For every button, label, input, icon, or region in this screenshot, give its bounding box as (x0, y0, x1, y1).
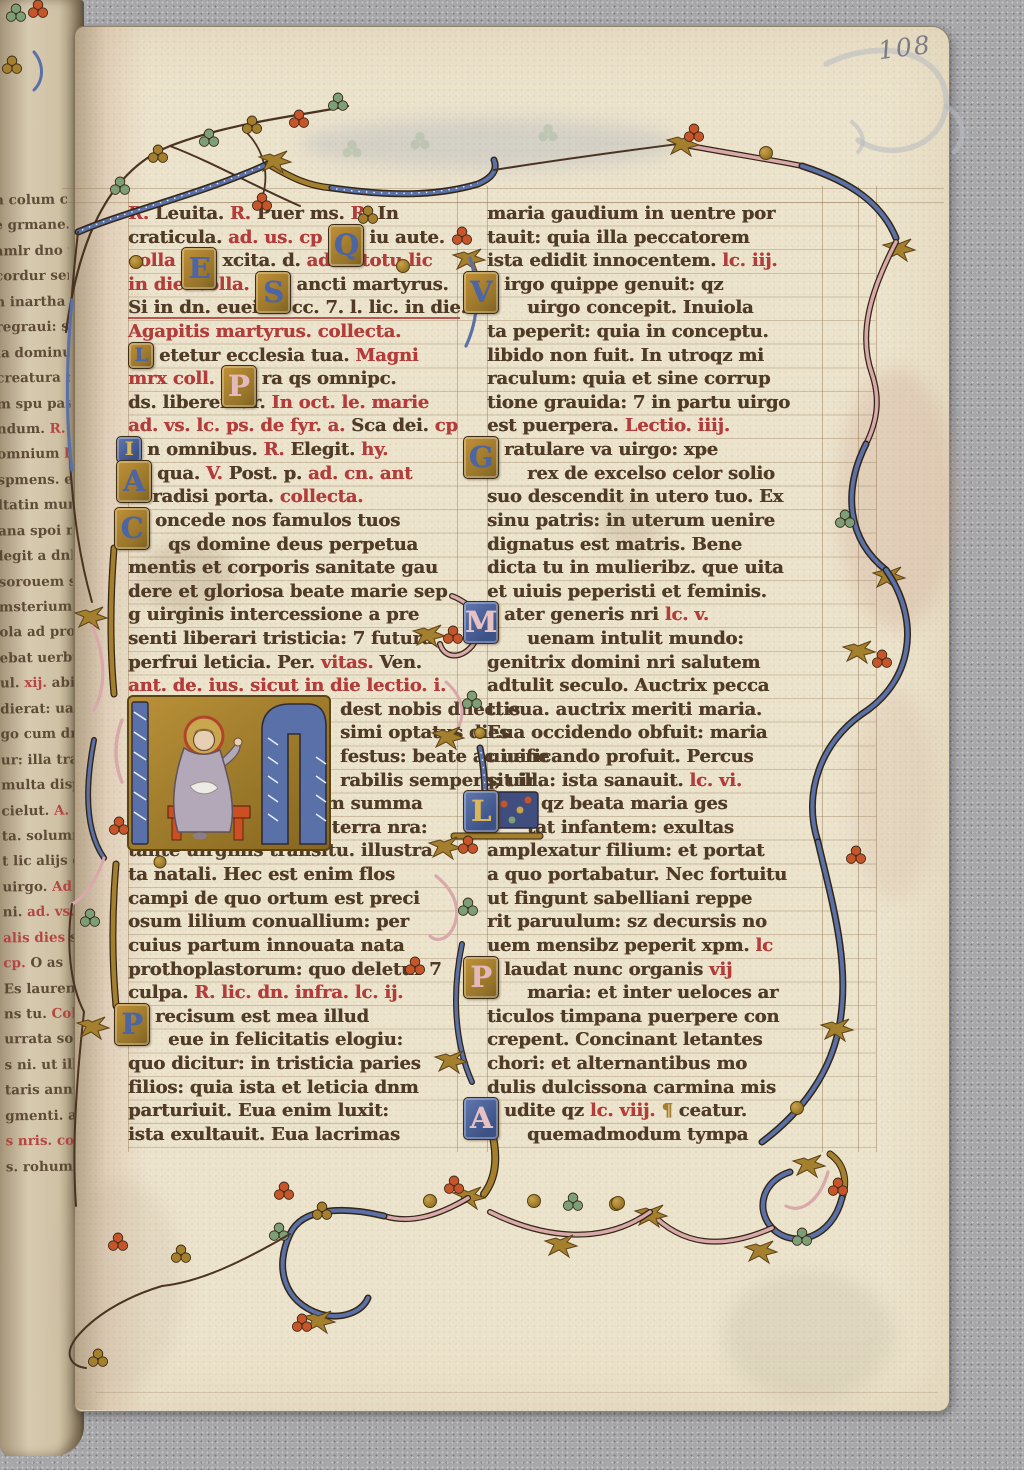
text-line: Agapitis martyrus. collecta. (128, 321, 460, 345)
text-line: s nris. colla (5, 1133, 79, 1159)
rubric-text: Ad la (52, 878, 77, 894)
body-text: e grmane. Au (0, 217, 69, 234)
body-text: ista exultauit. Eua lacrimas (128, 1124, 400, 1145)
rubric-text: Lectio. iiij. (625, 415, 730, 436)
text-line: g uirginis intercessione a pre (128, 604, 460, 628)
manuscript-photo: n colum carnee grmane. Auamlr dno uncord… (0, 0, 1024, 1470)
body-text: eta qz beata maria ges (504, 793, 727, 814)
text-line: parturiuit. Eua enim luxit: (128, 1100, 460, 1124)
body-text: urrata soll (4, 1031, 78, 1048)
text-line: tauit: quia illa peccatorem (487, 227, 825, 251)
body-text: ticulos timpana puerpere con (487, 1006, 779, 1027)
body-text: prothoplastorum: quo deletur 7 (128, 959, 442, 980)
body-text: qs domine deus perpetua (168, 534, 418, 555)
body-text: uiuificando profuit. Percus (487, 746, 753, 767)
text-line: Precisum est mea illud (128, 1006, 460, 1030)
body-text: t lic alijs dr (2, 853, 76, 870)
rubric-text: V. (206, 463, 229, 484)
rubric-text: Agapitis martyrus. collecta. (128, 321, 401, 342)
body-text: ancti martyrus. (296, 274, 448, 295)
text-line: maria: et inter ueloces ar (487, 982, 825, 1006)
text-line: quemadmodum tympa (487, 1124, 825, 1148)
body-text: Sca dei. (351, 415, 435, 436)
rubric-text: s nris. colla (5, 1133, 79, 1150)
text-line: ta natali. Hec est enim flos (128, 864, 460, 888)
body-text: ns tu. (4, 1006, 52, 1023)
text-line: Letetur ecclesia tua. Magni (128, 345, 460, 369)
illuminated-initial-Q: Q (328, 224, 364, 267)
historiated-initial-A (112, 690, 344, 862)
text-line: s ni. ut illus (5, 1056, 79, 1082)
body-text: recisum est mea illud (155, 1006, 369, 1027)
text-line: prothoplastorum: quo deletur 7 (128, 959, 460, 983)
body-text: suo descendit in utero tuo. Ex (487, 486, 783, 507)
rubric-text: ad. vs. an (27, 904, 77, 921)
text-line: ds. liberemur. In oct. le. marie (128, 392, 460, 416)
illuminated-initial-M: M (463, 601, 499, 644)
body-text: spmens. et po (0, 471, 72, 488)
body-text: oncede nos famulos tuos (155, 510, 400, 531)
body-text: mentis et corporis sanitate gau (128, 557, 438, 578)
body-text: ut fingunt sabelliani reppe (487, 888, 752, 909)
body-text: ola ad pros di (0, 624, 74, 641)
body-text: senti liberari tristicia: 7 futura (128, 628, 433, 649)
illuminated-initial-C: C (114, 507, 150, 550)
text-line: omnium lectio (0, 446, 71, 472)
text-line: Audite qz lc. viij. ¶ ceatur. (487, 1100, 825, 1124)
body-text: maria: et inter ueloces ar (527, 982, 778, 1003)
ruling-line (858, 186, 859, 1152)
text-line: tione grauida: 7 in partu uirgo (487, 392, 825, 416)
body-text: uirgo. (2, 879, 52, 896)
rubric-text: lc (755, 935, 772, 956)
text-line: spmens. et po (0, 471, 72, 497)
rubric-text: R. (230, 203, 257, 224)
rubric-text: hy. (361, 439, 388, 460)
body-text: campi de quo ortum est preci (128, 888, 420, 909)
body-text: msterium lass (0, 599, 73, 616)
text-line: Es laurentia (4, 980, 78, 1006)
text-line: m spu pascend: (0, 395, 71, 421)
body-text: uenam intulit mundo: (527, 628, 744, 649)
body-text: dignatus est matris. Bene (487, 534, 742, 555)
previous-page-edge: n colum carnee grmane. Auamlr dno uncord… (0, 0, 84, 1456)
body-text: ana spoi m (0, 522, 72, 539)
text-line: ns tu. Coll (4, 1006, 78, 1032)
body-text: cordur serui (0, 268, 69, 285)
rubric-text: lc. v. (665, 604, 709, 625)
text-line: In omnibus. R. Elegit. hy. (128, 439, 460, 463)
text-line: ut fingunt sabelliani reppe (487, 888, 825, 912)
text-line: ndum. R. I ta et (0, 421, 71, 447)
illuminated-initial-P: P (221, 365, 257, 408)
body-text: In (377, 203, 398, 224)
body-text: filios: quia ista et leticia dnm (128, 1077, 419, 1098)
text-line: culpa. R. lic. dn. infra. lc. ij. (128, 982, 460, 1006)
text-line: uiuificando profuit. Percus (487, 746, 825, 770)
ruling-line (62, 188, 944, 189)
text-line: ista exultauit. Eua lacrimas (128, 1124, 460, 1148)
rubric-text: alis dies (3, 929, 70, 946)
text-line: maria gaudium in uentre por (487, 203, 825, 227)
text-line: raculum: quia et sine corrup (487, 368, 825, 392)
text-line: cielut. A. M (1, 802, 75, 828)
rubric-text: lc. viij. (590, 1100, 662, 1121)
body-text: parturiuit. Eua enim luxit: (128, 1100, 389, 1121)
text-line: perfrui leticia. Per. vitas. Ven. (128, 652, 460, 676)
rubric-text: lectio (64, 446, 71, 462)
text-line: gmenti. ar (5, 1107, 79, 1133)
text-line: dicta tu in mulieribz. que uita (487, 557, 825, 581)
illuminated-initial-P: P (463, 956, 499, 999)
text-line: est puerpera. Lectio. iiij. (487, 415, 825, 439)
text-line: n inartha son (0, 293, 69, 319)
text-line: a quo portabatur. Nec fortuitu (487, 864, 825, 888)
text-line: dere et gloriosa beate marie sep (128, 581, 460, 605)
body-text: g uirginis intercessione a pre (128, 604, 419, 625)
text-line: dignatus est matris. Bene (487, 534, 825, 558)
body-text: taris annu (5, 1082, 79, 1099)
text-line: et uiuis peperisti et feminis. (487, 581, 825, 605)
text-line: uenam intulit mundo: (487, 628, 825, 652)
rubric-text: ad. cn. ant (308, 463, 412, 484)
body-text: regraui: sz rem (0, 319, 70, 336)
text-line: quo dicitur: in tristicia paries (128, 1053, 460, 1077)
body-text: crepent. Concinant letantes (487, 1029, 762, 1050)
text-line: ta peperit: quia in conceptu. (487, 321, 825, 345)
body-text: ista edidit innocentem. (487, 250, 722, 271)
body-text: udite qz (504, 1100, 590, 1121)
text-line: in die. colla. Sancti martyrus. (128, 274, 460, 298)
body-text: iu aute. (369, 227, 444, 248)
text-line: creatura mem (0, 370, 70, 396)
text-line: Plaudat nunc organis vij (487, 959, 825, 983)
paraph-mark: ¶ (661, 1100, 672, 1121)
body-text: Eua occidendo obfuit: maria (487, 722, 767, 743)
body-text: legit a dnb. di (0, 548, 73, 565)
body-text: multa dispnd (1, 777, 75, 794)
rubric-text: lc. iij. (722, 250, 777, 271)
body-text: ul. (0, 675, 24, 691)
text-line: ta. solumni (2, 827, 76, 853)
rubric-text: mrx coll. (128, 368, 221, 389)
body-text: ta. solumni (2, 827, 76, 844)
body-text: ceatur. (673, 1100, 747, 1121)
rubric-text: collecta. (280, 486, 364, 507)
body-text: ta natali. Hec est enim flos (128, 864, 395, 885)
text-line: t lic alijs dr (2, 853, 76, 879)
body-text: amplexatur filium: et portat (487, 840, 764, 861)
text-line: n colum carne (0, 192, 68, 218)
illuminated-initial-V: V (463, 271, 499, 314)
text-line: regraui: sz rem (0, 319, 70, 345)
text-line: e grmane. Au (0, 217, 69, 243)
body-text: ni. (3, 904, 28, 920)
body-text: laudat nunc organis (504, 959, 709, 980)
text-line: cp. O as (3, 955, 77, 981)
body-text: raculum: quia et sine corrup (487, 368, 770, 389)
ruling-line (876, 186, 877, 1152)
text-line: campi de quo ortum est preci (128, 888, 460, 912)
body-text: Leuita. (155, 203, 230, 224)
rubric-text: R. I (50, 421, 72, 437)
body-text: libido non fuit. In utroqz mi (487, 345, 764, 366)
text-line: ista edidit innocentem. lc. iij. (487, 250, 825, 274)
body-text: ratulare va uirgo: xpe (504, 439, 718, 460)
body-text: a quo portabatur. Nec fortuitu (487, 864, 787, 885)
text-line: crepent. Concinant letantes (487, 1029, 825, 1053)
text-line: ola ad pros di (0, 624, 74, 650)
body-text: dulis dulcissona carmina mis (487, 1077, 776, 1098)
rubric-text: A. M (54, 802, 76, 818)
text-line: Aqua. V. Post. p. ad. cn. ant (128, 463, 460, 487)
text-line: cordur serui (0, 268, 69, 294)
illuminated-initial-S: S (255, 271, 291, 314)
body-text: quo dicitur: in tristicia paries (128, 1053, 421, 1074)
body-text: cuius partum innouata nata (128, 935, 404, 956)
body-text: simi optatus dies (340, 722, 509, 743)
body-text: n inartha son (0, 293, 69, 310)
text-line: sit illa: ista sanauit. lc. vi. (487, 770, 825, 794)
body-text: irgo quippe genuit: qz (504, 274, 723, 295)
body-text: n omnibus. (147, 439, 263, 460)
text-line: go cum dmni (0, 726, 74, 752)
body-text: cielut. (1, 802, 54, 819)
rubric-text: In oct. le. marie (271, 392, 429, 413)
text-line: ul. xij. abi n (0, 675, 74, 701)
body-text: etetur ecclesia tua. (159, 345, 355, 366)
body-text: amlr dno un (0, 242, 69, 259)
body-text: tauit: quia illa peccatorem (487, 227, 750, 248)
body-text: s ni. ut illus (5, 1056, 79, 1073)
text-line: tat infantem: exultas (487, 817, 825, 841)
text-line: cuius partum innouata nata (128, 935, 460, 959)
body-text: ndum. (0, 421, 50, 438)
body-text: abi n (52, 675, 74, 691)
text-column-right: maria gaudium in uentre portauit: quia i… (487, 203, 825, 1147)
body-text: rit paruulum: sz decursis no (487, 911, 767, 932)
rubric-text: cp (435, 415, 458, 436)
rubric-text: xij. (24, 675, 52, 691)
text-line: Concede nos famulos tuos (128, 510, 460, 534)
rubric-text: R. (263, 439, 290, 460)
body-text: la dominum. s (0, 344, 70, 361)
body-text: omnium (0, 446, 64, 463)
body-text: ater generis nri (504, 604, 665, 625)
text-line: sorouem suam (0, 573, 73, 599)
text-column-left: R. Leuita. R. Puer ms. R. Incraticula. a… (128, 203, 460, 1147)
body-text: Es laurentia (4, 980, 78, 997)
body-text: sinu patris: in uterum uenire (487, 510, 775, 531)
body-text: culpa. (128, 982, 194, 1003)
rubric-text: R. (351, 203, 378, 224)
text-line: uem mensibz peperit xpm. lc (487, 935, 825, 959)
rubric-text: colla (128, 250, 181, 271)
text-line: senti liberari tristicia: 7 futura (128, 628, 460, 652)
text-line: R. Leuita. R. Puer ms. R. In (128, 203, 460, 227)
body-text: Ven. (379, 652, 421, 673)
body-text: n colum carne (0, 192, 68, 209)
text-line: genitrix domini nri salutem (487, 652, 825, 676)
text-line: chori: et alternantibus mo (487, 1053, 825, 1077)
text-line: ni. ad. vs. an (3, 904, 77, 930)
body-text: genitrix domini nri salutem (487, 652, 760, 673)
body-text: Puer ms. (257, 203, 351, 224)
text-line: Mater generis nri lc. v. (487, 604, 825, 628)
text-line: adtulit seculo. Auctrix pecca (487, 675, 825, 699)
text-line: alis dies s (3, 929, 77, 955)
body-text: creatura mem (0, 370, 70, 387)
text-line: ad. vs. lc. ps. de fyr. a. Sca dei. cp (128, 415, 460, 439)
rubric-text: R. (128, 203, 155, 224)
body-text: O as (30, 955, 63, 971)
ruling-line (96, 1392, 938, 1393)
text-line: qs domine deus perpetua (128, 534, 460, 558)
illuminated-initial-A: A (116, 460, 152, 503)
text-line: ti eua. auctrix meriti maria. (487, 699, 825, 723)
rubric-text: vitas. (321, 652, 380, 673)
text-line: ana spoi m (0, 522, 72, 548)
body-text: tat infantem: exultas (527, 817, 734, 838)
text-line: taris annu (5, 1082, 79, 1108)
body-text: rex de excelso celor solio (527, 463, 775, 484)
body-text: ltatin munis (0, 497, 72, 514)
text-line: colla Excita. d. ad. l. totu lic (128, 250, 460, 274)
text-line: libido non fuit. In utroqz mi (487, 345, 825, 369)
text-line: multa dispnd (1, 777, 75, 803)
body-text: eue in felicitatis elogiu: (168, 1029, 403, 1050)
text-line: dierat: uauar (0, 700, 74, 726)
body-text: perfrui leticia. Per. (128, 652, 321, 673)
rubric-text: ad. us. cp (228, 227, 328, 248)
text-line: mentis et corporis sanitate gau (128, 557, 460, 581)
rubric-text: cp. (3, 955, 30, 971)
body-text: dierat: uauar (0, 700, 74, 717)
body-text: et uiuis peperisti et feminis. (487, 581, 767, 602)
body-text: ra qs omnipc. (262, 368, 397, 389)
body-text: sit illa: ista sanauit. (487, 770, 689, 791)
text-line: craticula. ad. us. cp Qiu aute. (128, 227, 460, 251)
illuminated-initial-L: L (463, 790, 499, 833)
text-line: Peradisi porta. collecta. (128, 486, 460, 510)
body-text: dere et gloriosa beate marie sep (128, 581, 447, 602)
illuminated-initial-E: E (181, 247, 217, 290)
body-text: Si in dn. eueint. cc. 7. l. lic. in die. (128, 297, 467, 318)
text-line: Gratulare va uirgo: xpe (487, 439, 825, 463)
text-line: s. rohum (6, 1158, 80, 1184)
text-line: rex de excelso celor solio (487, 463, 825, 487)
body-text: quemadmodum tympa (527, 1124, 748, 1145)
body-text: tione grauida: 7 in partu uirgo (487, 392, 790, 413)
body-text: ur: illa tranq (1, 751, 75, 768)
previous-page-text: n colum carnee grmane. Auamlr dno uncord… (0, 192, 80, 1185)
text-line: Si in dn. eueint. cc. 7. l. lic. in die. (128, 297, 460, 321)
rubric-text: lc. vi. (689, 770, 742, 791)
text-line: Leta qz beata maria ges (487, 793, 825, 817)
body-text: craticula. (128, 227, 228, 248)
rubric-text: vij (709, 959, 732, 980)
text-line: Eua occidendo obfuit: maria (487, 722, 825, 746)
text-line: msterium lass (0, 599, 73, 625)
rubric-text: ad. l. totu lic (307, 250, 433, 271)
illuminated-initial-A: A (463, 1097, 499, 1140)
body-text: ti eua. auctrix meriti maria. (487, 699, 762, 720)
text-line: ur: illa tranq (1, 751, 75, 777)
body-text: maria gaudium in uentre por (487, 203, 775, 224)
body-text: uirgo concepit. Inuiola (527, 297, 753, 318)
body-text: Elegit. (290, 439, 361, 460)
body-text: ebat uerbum (0, 649, 74, 666)
body-text: Post. p. (229, 463, 308, 484)
body-text: go cum dmni (0, 726, 74, 743)
illuminated-initial-L: L (128, 342, 154, 369)
rubric-text: Magni (355, 345, 418, 366)
text-line: ebat uerbum (0, 649, 74, 675)
body-text: qua. (157, 463, 206, 484)
body-text: chori: et alternantibus mo (487, 1053, 747, 1074)
text-line: mrx coll. Pra qs omnipc. (128, 368, 460, 392)
text-line: amplexatur filium: et portat (487, 840, 825, 864)
illuminated-initial-G: G (463, 436, 499, 479)
text-line: filios: quia ista et leticia dnm (128, 1077, 460, 1101)
text-line: rit paruulum: sz decursis no (487, 911, 825, 935)
body-text: gmenti. ar (5, 1107, 79, 1124)
text-line: ltatin munis (0, 497, 72, 523)
body-text: xcita. d. (222, 250, 306, 271)
rubric-text: ad. vs. lc. ps. de fyr. a. (128, 415, 351, 436)
text-line: sinu patris: in uterum uenire (487, 510, 825, 534)
text-line: urrata soll (4, 1031, 78, 1057)
text-line: eue in felicitatis elogiu: (128, 1029, 460, 1053)
text-line: legit a dnb. di (0, 548, 73, 574)
illuminated-initial-P: P (114, 1003, 150, 1046)
body-text: uem mensibz peperit xpm. (487, 935, 755, 956)
text-line: ticulos timpana puerpere con (487, 1006, 825, 1030)
text-line: Virgo quippe genuit: qz (487, 274, 825, 298)
body-text: m spu pascend: (0, 395, 71, 412)
text-line: suo descendit in utero tuo. Ex (487, 486, 825, 510)
body-text: est puerpera. (487, 415, 625, 436)
body-text: dicta tu in mulieribz. que uita (487, 557, 784, 578)
text-line: uirgo concepit. Inuiola (487, 297, 825, 321)
body-text: sorouem suam (0, 573, 73, 590)
rubric-text: R. lic. dn. infra. lc. ij. (194, 982, 403, 1003)
text-line: amlr dno un (0, 242, 69, 268)
body-text: osum lilium conuallium: per (128, 911, 409, 932)
body-text: adtulit seculo. Auctrix pecca (487, 675, 769, 696)
text-line: uirgo. Ad la (2, 878, 76, 904)
body-text: s. rohum (6, 1158, 73, 1175)
body-text: ta peperit: quia in conceptu. (487, 321, 768, 342)
text-line: osum lilium conuallium: per (128, 911, 460, 935)
text-line: dulis dulcissona carmina mis (487, 1077, 825, 1101)
text-line: la dominum. s (0, 344, 70, 370)
